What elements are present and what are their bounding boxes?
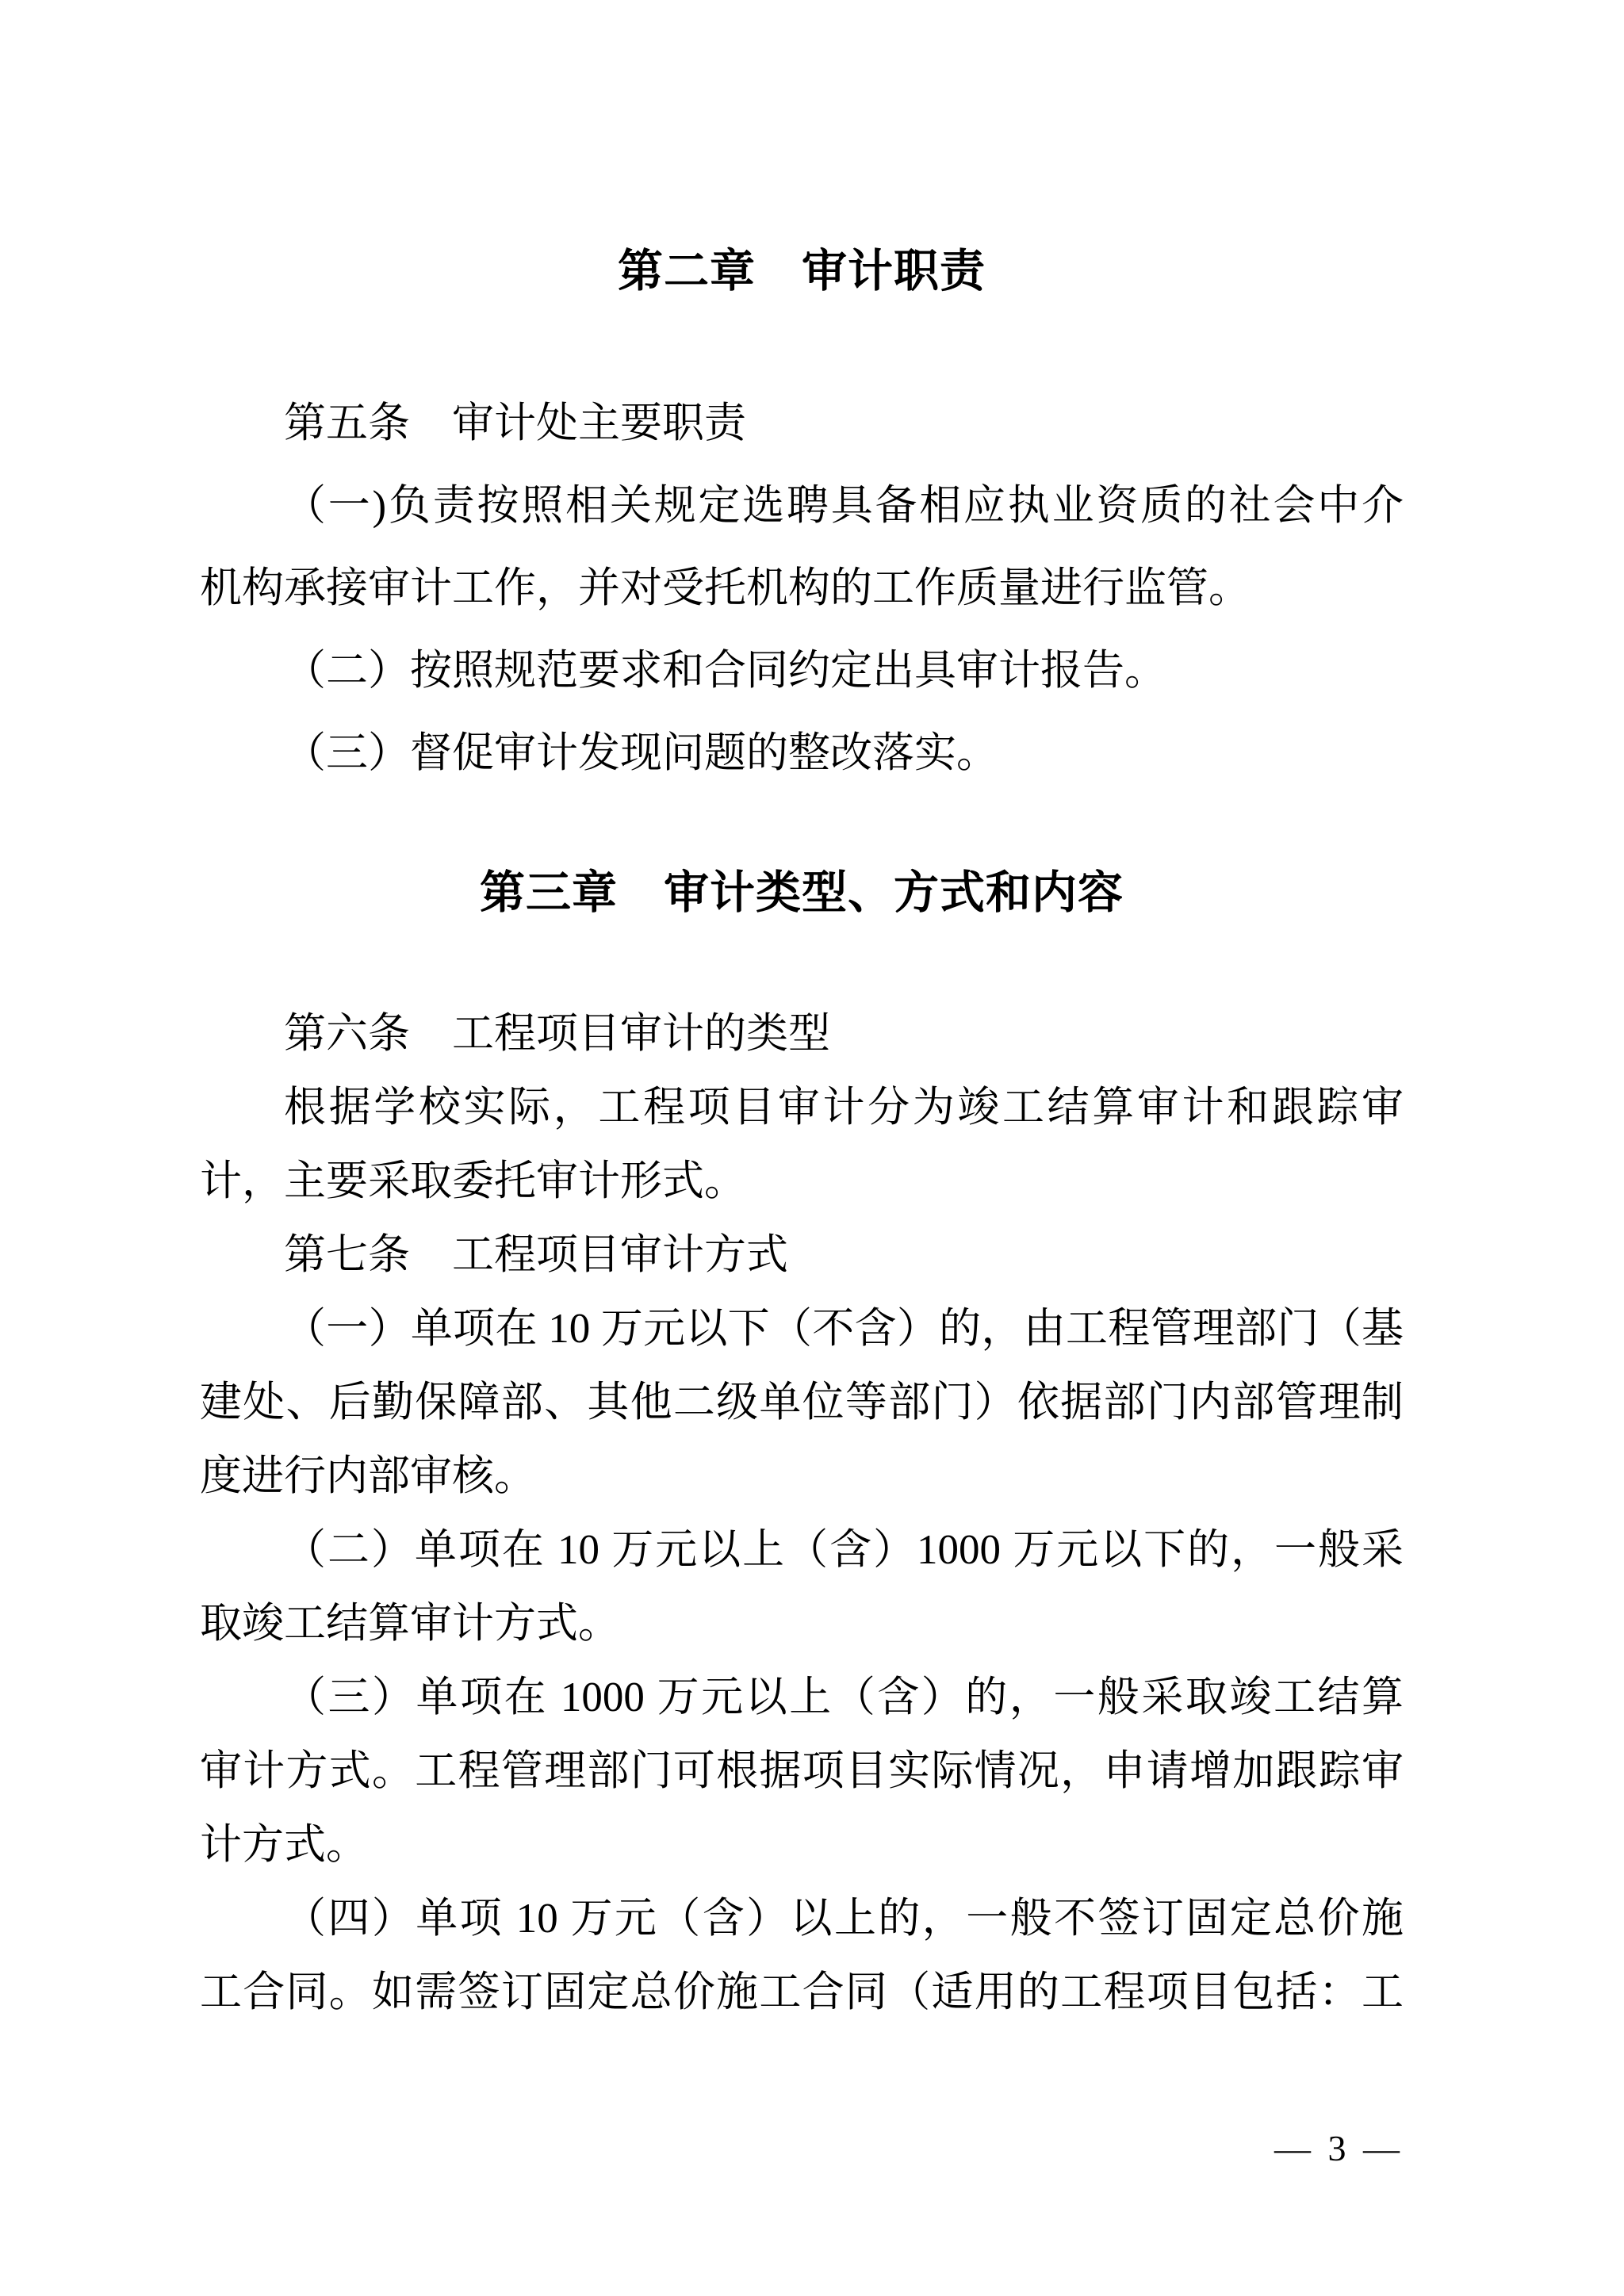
chapter-3-heading: 第三章 审计类型、方式和内容 [200, 867, 1404, 918]
article-7-item-3: （三）单项在 1000 万元以上（含）的，一般采取竣工结算审计方式。工程管理部门… [200, 1661, 1404, 1882]
text-line: 根据学校实际，工程项目审计分为竣工结算审计和跟踪审 [200, 1071, 1404, 1145]
article-7-item-4: （四）单项 10 万元（含）以上的，一般不签订固定总价施工合同。如需签订固定总价… [200, 1882, 1404, 2030]
text-line: （三）单项在 1000 万元以上（含）的，一般采取竣工结算 [200, 1661, 1404, 1735]
article-7-title: 第七条 工程项目审计方式 [200, 1219, 1404, 1292]
page-number: — 3 — [1222, 2085, 1404, 2211]
text-line: 工合同。如需签订固定总价施工合同（适用的工程项目包括：工 [200, 1956, 1404, 2030]
text-line: 第七条 工程项目审计方式 [200, 1219, 1404, 1292]
article-5-item-3: （三）督促审计发现问题的整改落实。 [200, 712, 1404, 794]
document-body: 第二章 审计职责第五条 审计处主要职责（一)负责按照相关规定选聘具备相应执业资质… [200, 246, 1404, 2030]
text-line: 计方式。 [200, 1808, 1404, 1882]
chapter-2-heading: 第二章 审计职责 [200, 246, 1404, 297]
text-line: 度进行内部审核。 [200, 1440, 1404, 1513]
text-line: 取竣工结算审计方式。 [200, 1587, 1404, 1661]
page-number-text: — 3 — [1274, 2128, 1404, 2168]
text-line: 机构承接审计工作，并对受托机构的工作质量进行监管。 [200, 547, 1404, 629]
text-line: （二）按照规范要求和合同约定出具审计报告。 [200, 629, 1404, 712]
article-5-item-1: （一)负责按照相关规定选聘具备相应执业资质的社会中介机构承接审计工作，并对受托机… [200, 465, 1404, 629]
article-5-title: 第五条 审计处主要职责 [200, 382, 1404, 465]
article-6-title: 第六条 工程项目审计的类型 [200, 997, 1404, 1071]
article-6-body: 根据学校实际，工程项目审计分为竣工结算审计和跟踪审计，主要采取委托审计形式。 [200, 1071, 1404, 1219]
article-7-item-2: （二）单项在 10 万元以上（含）1000 万元以下的，一般采取竣工结算审计方式… [200, 1513, 1404, 1661]
text-line: （一)负责按照相关规定选聘具备相应执业资质的社会中介 [200, 465, 1404, 547]
text-line: （四）单项 10 万元（含）以上的，一般不签订固定总价施 [200, 1882, 1404, 1956]
text-line: 审计方式。工程管理部门可根据项目实际情况，申请增加跟踪审 [200, 1735, 1404, 1808]
article-5-item-2: （二）按照规范要求和合同约定出具审计报告。 [200, 629, 1404, 712]
text-line: 建处、后勤保障部、其他二级单位等部门）依据部门内部管理制 [200, 1366, 1404, 1440]
text-line: （三）督促审计发现问题的整改落实。 [200, 712, 1404, 794]
text-line: 第五条 审计处主要职责 [200, 382, 1404, 465]
article-7-item-1: （一）单项在 10 万元以下（不含）的，由工程管理部门（基建处、后勤保障部、其他… [200, 1292, 1404, 1513]
text-line: （二）单项在 10 万元以上（含）1000 万元以下的，一般采 [200, 1513, 1404, 1587]
document-page: 第二章 审计职责第五条 审计处主要职责（一)负责按照相关规定选聘具备相应执业资质… [0, 0, 1624, 2296]
text-line: （一）单项在 10 万元以下（不含）的，由工程管理部门（基 [200, 1292, 1404, 1366]
text-line: 计，主要采取委托审计形式。 [200, 1145, 1404, 1219]
text-line: 第六条 工程项目审计的类型 [200, 997, 1404, 1071]
